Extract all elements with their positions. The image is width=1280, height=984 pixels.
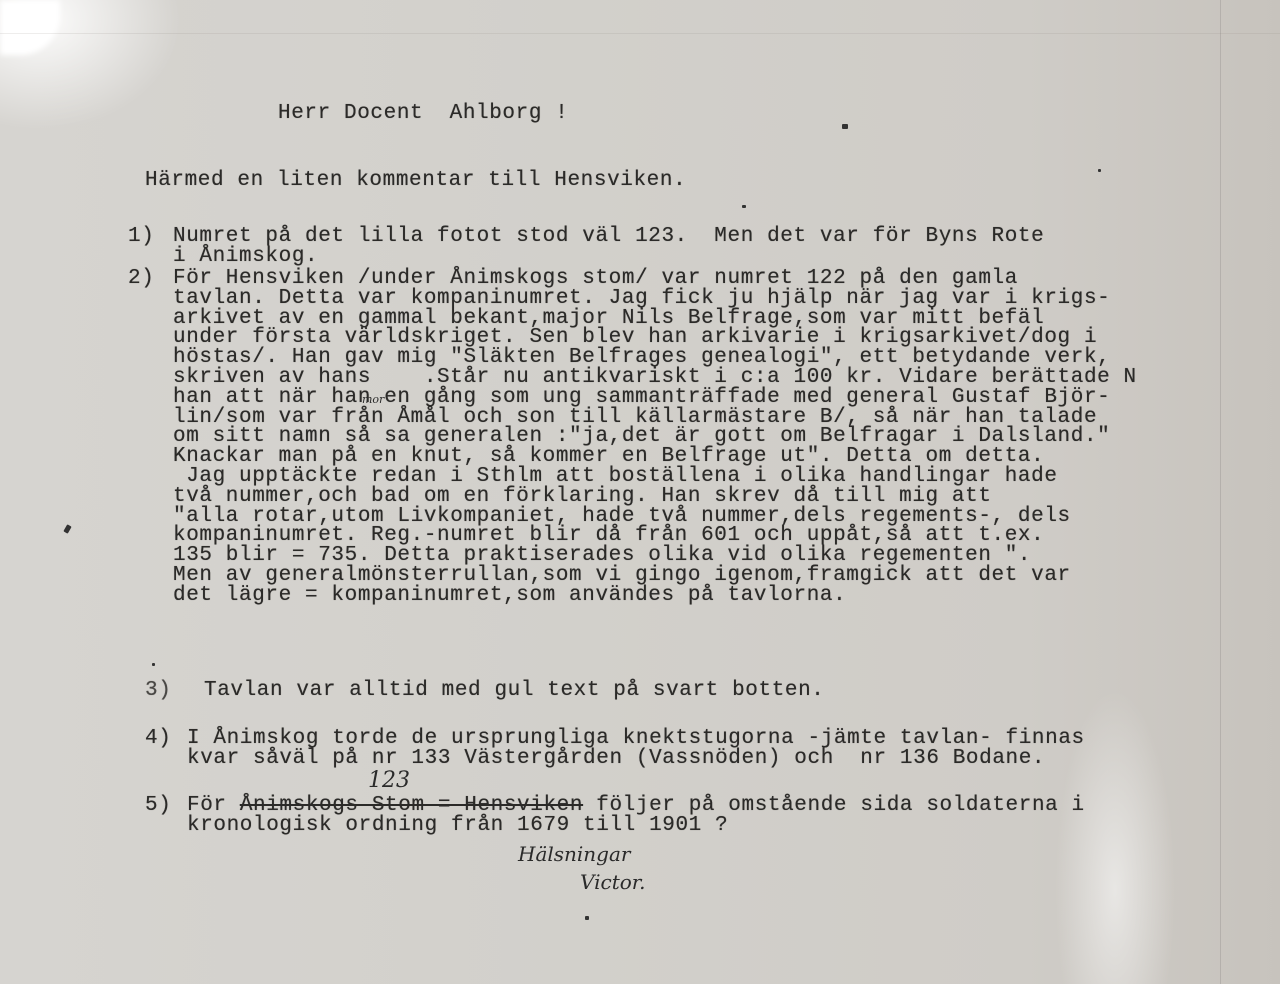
intro-line: Härmed en liten kommentar till Hensviken…: [145, 170, 686, 192]
ink-speck: [152, 663, 155, 666]
item-1-number: 1): [128, 226, 154, 248]
item-2-line-17: det lägre = kompaninumret,som användes p…: [173, 585, 846, 607]
item-4-line-2: kvar såväl på nr 133 Västergården (Vassn…: [187, 748, 1045, 770]
item-1-line-2: i Ånimskog.: [173, 246, 318, 268]
item-3-number: 3): [145, 680, 171, 702]
signature: Victor.: [580, 870, 646, 894]
ink-speck: [842, 124, 848, 129]
frame-edge-top: [0, 33, 1280, 34]
item-4-number: 4): [145, 728, 171, 750]
handwritten-number-123: 123: [368, 768, 410, 793]
item-5-line-2: kronologisk ordning från 1679 till 1901 …: [187, 815, 728, 837]
salutation: Herr Docent Ahlborg !: [278, 103, 568, 125]
item-2-number: 2): [128, 268, 154, 290]
item-5-number: 5): [145, 795, 171, 817]
frame-edge-right: [1220, 0, 1221, 984]
closing-greeting: Hälsningar: [518, 842, 630, 866]
ink-speck: [585, 916, 589, 920]
handwritten-insert-mor: mor: [362, 393, 384, 406]
item-3-line-1: Tavlan var alltid med gul text på svart …: [204, 680, 825, 702]
ink-speck: [1098, 169, 1101, 172]
ink-speck: [742, 205, 746, 208]
